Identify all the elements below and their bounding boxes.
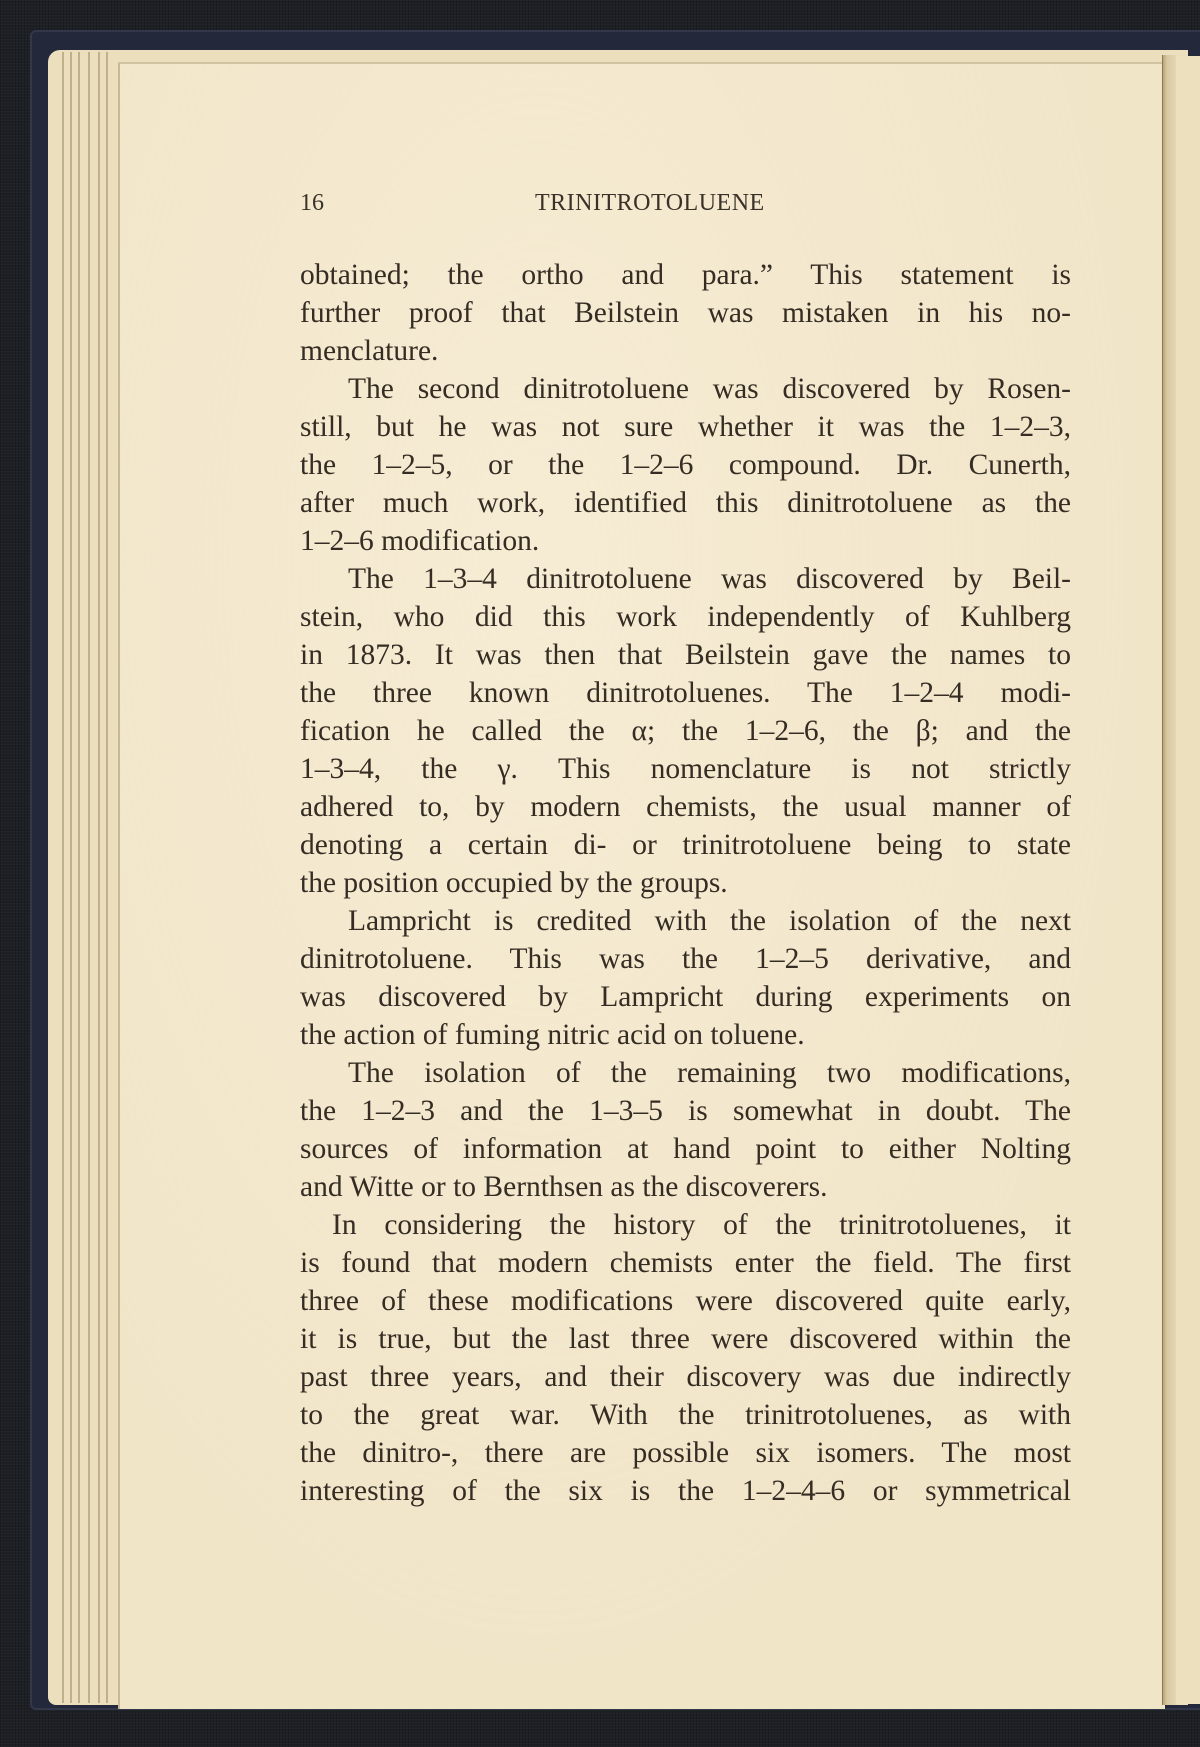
text-line: 1–3–4, the γ. This nomenclature is not s…	[300, 750, 1071, 788]
text-line: the 1–2–3 and the 1–3–5 is somewhat in d…	[300, 1092, 1071, 1130]
text-line: sources of information at hand point to …	[300, 1130, 1071, 1168]
text-line: the action of fuming nitric acid on tolu…	[300, 1016, 1071, 1054]
text-line: The second dinitrotoluene was discovered…	[300, 370, 1071, 408]
text-line: In considering the history of the trinit…	[300, 1206, 1071, 1244]
text-line: interesting of the six is the 1–2–4–6 or…	[300, 1472, 1071, 1510]
paragraph: The isolation of the remaining two modif…	[300, 1054, 1071, 1206]
text-line: stein, who did this work independently o…	[300, 598, 1071, 636]
text-line: denoting a certain di- or trinitrotoluen…	[300, 826, 1071, 864]
running-head: 16 TRINITROTOLUENE	[300, 190, 1070, 220]
text-line: to the great war. With the trinitrotolue…	[300, 1396, 1071, 1434]
text-line: dinitrotoluene. This was the 1–2–5 deriv…	[300, 940, 1071, 978]
page-number: 16	[300, 190, 324, 217]
text-line: in 1873. It was then that Beilstein gave…	[300, 636, 1071, 674]
paragraph: The second dinitrotoluene was discovered…	[300, 370, 1071, 560]
page-edge-line	[78, 52, 80, 1703]
text-line: The 1–3–4 dinitrotoluene was discovered …	[300, 560, 1071, 598]
text-line: the 1–2–5, or the 1–2–6 compound. Dr. Cu…	[300, 446, 1071, 484]
text-line: is found that modern chemists enter the …	[300, 1244, 1071, 1282]
text-line: and Witte or to Bernthsen as the discove…	[300, 1168, 1071, 1206]
text-line: the three known dinitrotoluenes. The 1–2…	[300, 674, 1071, 712]
text-line: adhered to, by modern chemists, the usua…	[300, 788, 1071, 826]
page-edge-line	[88, 52, 90, 1703]
text-line: further proof that Beilstein was mistake…	[300, 294, 1071, 332]
text-line: after much work, identified this dinitro…	[300, 484, 1071, 522]
facing-page-edge	[1176, 56, 1200, 1704]
paragraph: In considering the history of the trinit…	[300, 1206, 1071, 1510]
text-line: The isolation of the remaining two modif…	[300, 1054, 1071, 1092]
text-line: the position occupied by the groups.	[300, 864, 1071, 902]
paragraph: Lampricht is credited with the isolation…	[300, 902, 1071, 1054]
paragraph: The 1–3–4 dinitrotoluene was discovered …	[300, 560, 1071, 902]
text-line: was discovered by Lampricht during exper…	[300, 978, 1071, 1016]
body-text: obtained; the ortho and para.” This stat…	[300, 256, 1071, 1510]
page-edge-line	[106, 52, 108, 1703]
text-line: Lampricht is credited with the isolation…	[300, 902, 1071, 940]
text-line: fication he called the α; the 1–2–6, the…	[300, 712, 1071, 750]
text-line: three of these modifications were discov…	[300, 1282, 1071, 1320]
page-gutter	[1162, 55, 1177, 1705]
text-line: it is true, but the last three were disc…	[300, 1320, 1071, 1358]
page-edge-line	[98, 52, 100, 1703]
text-line: still, but he was not sure whether it wa…	[300, 408, 1071, 446]
text-line: 1–2–6 modification.	[300, 522, 1071, 560]
text-line: the dinitro-, there are possible six iso…	[300, 1434, 1071, 1472]
text-line: menclature.	[300, 332, 1071, 370]
text-line: obtained; the ortho and para.” This stat…	[300, 256, 1071, 294]
paragraph: obtained; the ortho and para.” This stat…	[300, 256, 1071, 370]
text-line: past three years, and their discovery wa…	[300, 1358, 1071, 1396]
page-edge-line	[70, 52, 72, 1703]
page-edge-line	[62, 52, 64, 1703]
running-title: TRINITROTOLUENE	[535, 190, 765, 217]
